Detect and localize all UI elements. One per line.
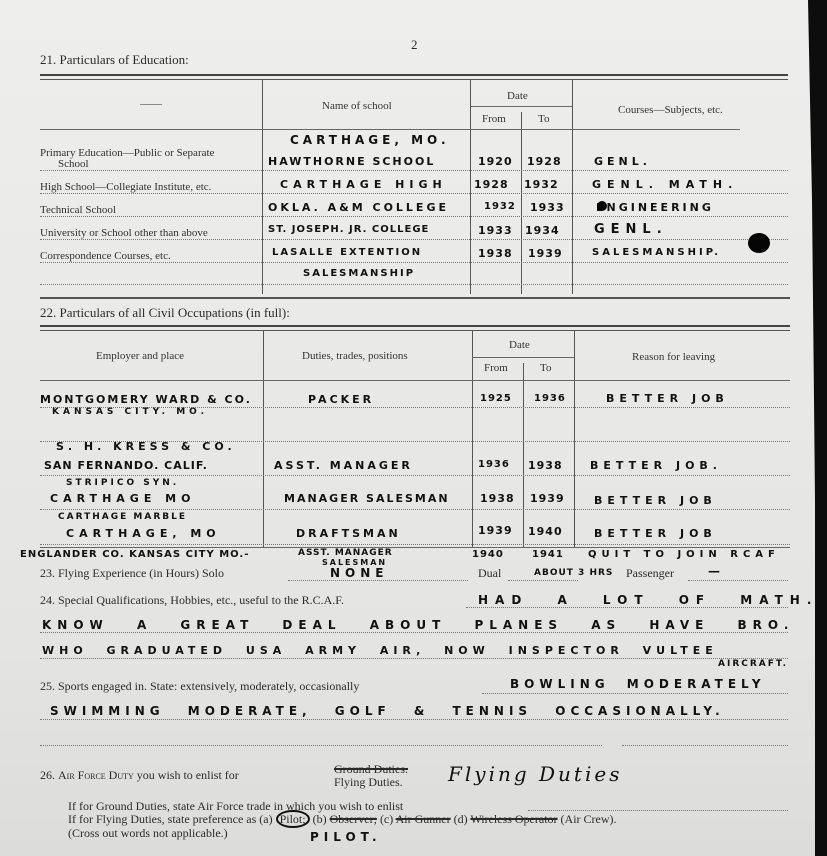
handwritten-flying-duties: Flying Duties bbox=[448, 762, 622, 786]
courses-high: GENL. MATH. bbox=[592, 178, 738, 191]
flying-preference-line: If for Flying Duties, state preference a… bbox=[68, 812, 617, 827]
employer-1-place: KANSAS CITY. MO. bbox=[52, 407, 208, 417]
row-label-high: High School—Collegiate Institute, etc. bbox=[40, 181, 211, 193]
education-title: 21. Particulars of Education: bbox=[40, 52, 189, 68]
duties-3: MANAGER SALESMAN bbox=[284, 492, 450, 505]
air-crew-note: (Air Crew). bbox=[561, 812, 617, 826]
school-correspondence: LASALLE EXTENTION bbox=[272, 247, 422, 258]
col-divider bbox=[523, 363, 524, 548]
dual-label: Dual bbox=[478, 566, 501, 581]
answer-line bbox=[40, 658, 788, 659]
from-4: 1939 bbox=[478, 524, 513, 537]
answer-line bbox=[528, 810, 788, 811]
section-rule bbox=[40, 325, 790, 331]
duty-label-rest: you wish to enlist for bbox=[137, 768, 239, 782]
to-2: 1938 bbox=[528, 459, 563, 472]
school-university: ST. JOSEPH. JR. COLLEGE bbox=[268, 224, 429, 235]
employer-3-company: STRIPICO SYN. bbox=[66, 478, 179, 488]
cross-out-note: (Cross out words not applicable.) bbox=[68, 826, 228, 841]
header-date: Date bbox=[507, 90, 528, 102]
employer-1: MONTGOMERY WARD & CO. bbox=[40, 393, 252, 406]
header-duties: Duties, trades, positions bbox=[302, 350, 408, 362]
answer-line bbox=[40, 632, 788, 633]
reason-5: QUIT TO JOIN RCAF bbox=[588, 549, 780, 560]
reason-2: BETTER JOB. bbox=[590, 459, 722, 472]
qualifications-line-0: HAD A LOT OF MATH. bbox=[478, 593, 818, 607]
header-blank: —— bbox=[140, 98, 162, 110]
to-technical: 1933 bbox=[530, 201, 565, 214]
pilot-option-circled: Pilot; bbox=[276, 810, 310, 828]
from-high: 1928 bbox=[474, 178, 509, 191]
employer-2: SAN FERNANDO. CALIF. bbox=[44, 459, 208, 472]
table-bottom-rule bbox=[40, 547, 790, 548]
wireless-operator-option-struck: Wireless Operator bbox=[470, 812, 557, 826]
qualifications-label: 24. Special Qualifications, Hobbies, etc… bbox=[40, 593, 344, 608]
row-line bbox=[40, 509, 790, 510]
to-correspondence: 1939 bbox=[528, 247, 563, 260]
reason-3: BETTER JOB bbox=[594, 494, 717, 507]
answer-line bbox=[466, 607, 788, 608]
courses-technical: ENGINEERING bbox=[596, 201, 714, 214]
courses-correspondence: SALESMANSHIP. bbox=[592, 247, 721, 258]
passenger-label: Passenger bbox=[626, 566, 674, 581]
sports-line-1: SWIMMING MODERATE, GOLF & TENNIS OCCASIO… bbox=[50, 704, 725, 718]
to-4: 1940 bbox=[528, 525, 563, 538]
from-university: 1933 bbox=[478, 224, 513, 237]
header-school: Name of school bbox=[322, 100, 392, 112]
date-header-rule bbox=[472, 357, 574, 358]
sports-line-0: BOWLING MODERATELY bbox=[510, 677, 766, 691]
col-divider bbox=[574, 330, 575, 548]
col-divider bbox=[521, 112, 522, 294]
to-primary: 1928 bbox=[527, 155, 562, 168]
from-primary: 1920 bbox=[478, 155, 513, 168]
row-label-primary-2: School bbox=[58, 158, 89, 170]
answer-line bbox=[40, 719, 788, 720]
row-line bbox=[40, 544, 790, 545]
section-end-rule bbox=[40, 297, 790, 299]
answer-line bbox=[40, 745, 602, 746]
employer-3: CARTHAGE MO bbox=[50, 492, 195, 505]
flying-pref-label: If for Flying Duties, state preference a… bbox=[68, 812, 273, 826]
sports-label: 25. Sports engaged in. State: extensivel… bbox=[40, 679, 359, 694]
from-correspondence: 1938 bbox=[478, 247, 513, 260]
reason-1: BETTER JOB bbox=[606, 392, 729, 405]
ink-blot bbox=[748, 233, 770, 253]
answer-line bbox=[482, 693, 788, 694]
row-line bbox=[40, 170, 788, 171]
duty-label-smallcaps: Air Force Duty bbox=[58, 768, 134, 782]
row-line bbox=[40, 262, 788, 263]
from-technical: 1932 bbox=[484, 201, 516, 212]
header-reason: Reason for leaving bbox=[632, 351, 715, 363]
header-date: Date bbox=[509, 339, 530, 351]
flying-label: 23. Flying Experience (in Hours) Solo bbox=[40, 566, 224, 581]
option-b: (b) bbox=[313, 812, 327, 826]
school-primary-line1: CARTHAGE, MO. bbox=[290, 133, 450, 147]
header-from: From bbox=[484, 362, 508, 374]
occupations-title: 22. Particulars of all Civil Occupations… bbox=[40, 305, 290, 321]
handwritten-pilot: PILOT. bbox=[310, 830, 382, 844]
row-line bbox=[40, 284, 788, 285]
from-2: 1936 bbox=[478, 459, 510, 470]
flying-duties-option: Flying Duties. bbox=[334, 775, 403, 790]
row-line bbox=[40, 193, 788, 194]
duties-1: PACKER bbox=[308, 393, 374, 406]
header-employer: Employer and place bbox=[96, 350, 184, 362]
header-from: From bbox=[482, 113, 506, 125]
solo-hours: NONE bbox=[330, 566, 388, 580]
date-header-rule bbox=[470, 106, 572, 107]
school-correspondence-line2: SALESMANSHIP bbox=[303, 268, 415, 279]
employer-2-company: S. H. KRESS & CO. bbox=[56, 440, 236, 453]
to-high: 1932 bbox=[524, 178, 559, 191]
employer-5: ENGLANDER CO. KANSAS CITY MO.- bbox=[20, 549, 249, 560]
qualifications-line-2: WHO GRADUATED USA ARMY AIR, NOW INSPECTO… bbox=[42, 644, 718, 657]
row-label-technical: Technical School bbox=[40, 204, 116, 216]
courses-primary: GENL. bbox=[594, 155, 651, 168]
from-5: 1940 bbox=[472, 549, 504, 560]
employer-4-company: CARTHAGE MARBLE bbox=[58, 512, 187, 522]
from-1: 1925 bbox=[480, 393, 512, 404]
qualifications-line-1: KNOW A GREAT DEAL ABOUT PLANES AS HAVE B… bbox=[42, 618, 794, 632]
header-to: To bbox=[538, 113, 549, 125]
from-3: 1938 bbox=[480, 492, 515, 505]
col-divider bbox=[263, 330, 264, 548]
option-d: (d) bbox=[454, 812, 468, 826]
header-rule bbox=[40, 380, 790, 381]
page-number: 2 bbox=[411, 37, 418, 53]
employer-4: CARTHAGE, MO bbox=[66, 527, 221, 540]
school-technical: OKLA. A&M COLLEGE bbox=[268, 201, 449, 214]
courses-university: GENL. bbox=[594, 222, 668, 237]
air-gunner-option-struck: Air Gunner bbox=[396, 812, 451, 826]
ink-blot bbox=[597, 201, 607, 211]
passenger-hours: — bbox=[708, 564, 724, 578]
header-courses: Courses—Subjects, etc. bbox=[618, 104, 723, 116]
form-page: 2 21. Particulars of Education: —— Name … bbox=[0, 0, 815, 856]
duty-label: 26. Air Force Duty you wish to enlist fo… bbox=[40, 768, 239, 783]
header-rule bbox=[40, 129, 740, 130]
duties-5: ASST. MANAGER bbox=[298, 548, 393, 558]
section-rule bbox=[40, 74, 788, 80]
dual-line bbox=[508, 580, 578, 581]
row-line bbox=[40, 475, 790, 476]
header-to: To bbox=[540, 362, 551, 374]
to-3: 1939 bbox=[530, 492, 565, 505]
option-c: (c) bbox=[380, 812, 393, 826]
reason-4: BETTER JOB bbox=[594, 527, 717, 540]
row-line bbox=[40, 216, 788, 217]
to-5: 1941 bbox=[532, 549, 564, 560]
row-line bbox=[40, 239, 788, 240]
dual-hours: ABOUT 3 HRS bbox=[534, 568, 613, 578]
qualifications-line-2b: AIRCRAFT. bbox=[718, 659, 788, 669]
answer-line bbox=[622, 745, 788, 746]
row-label-university: University or School other than above bbox=[40, 227, 208, 239]
duties-4: DRAFTSMAN bbox=[296, 527, 401, 540]
to-1: 1936 bbox=[534, 393, 566, 404]
school-high: CARTHAGE HIGH bbox=[280, 178, 447, 191]
solo-line bbox=[288, 580, 468, 581]
observer-option-struck: Observer; bbox=[330, 812, 377, 826]
row-label-correspondence: Correspondence Courses, etc. bbox=[40, 250, 171, 262]
passenger-line bbox=[688, 580, 788, 581]
duty-number: 26. bbox=[40, 768, 55, 782]
to-university: 1934 bbox=[525, 224, 560, 237]
col-divider bbox=[472, 330, 473, 548]
duties-2: ASST. MANAGER bbox=[274, 459, 413, 472]
school-primary: HAWTHORNE SCHOOL bbox=[268, 155, 435, 168]
